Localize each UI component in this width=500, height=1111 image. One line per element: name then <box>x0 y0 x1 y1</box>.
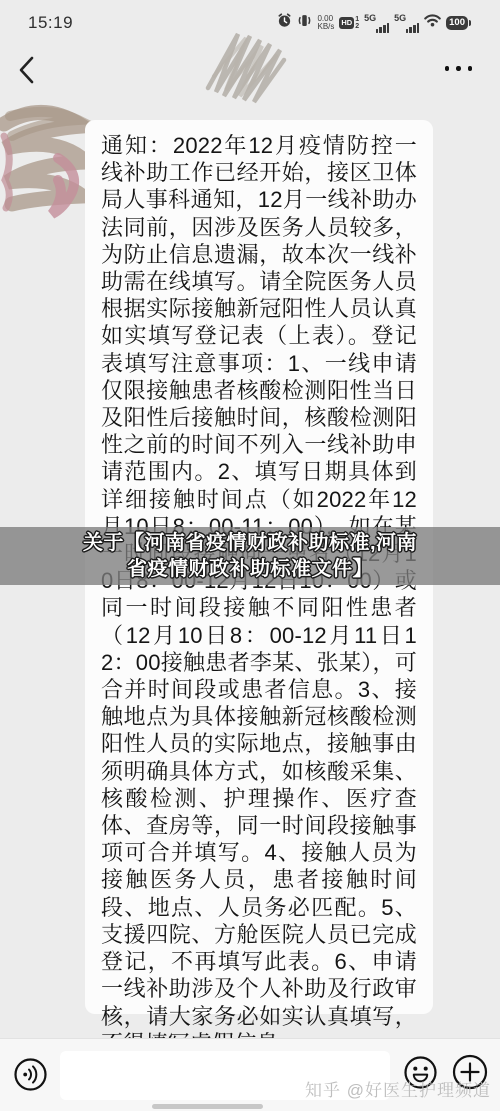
redaction-scribble-avatar <box>0 92 94 222</box>
battery-level: 100 <box>446 16 468 30</box>
seo-watermark-line1: 关于【河南省疫情财政补助标准,河南 <box>83 530 417 556</box>
signal-bars-icon <box>376 23 389 33</box>
seo-watermark-band: 关于【河南省疫情财政补助标准,河南 省疫情财政补助标准文件】 <box>0 527 500 585</box>
more-icon <box>468 66 473 71</box>
network-speed: 0.00 KB/s <box>317 15 334 31</box>
battery-icon: 100 <box>446 16 471 30</box>
network-speed-unit: KB/s <box>317 23 334 31</box>
hd-icon: HD <box>339 17 354 29</box>
alarm-icon <box>277 13 292 33</box>
voice-input-button[interactable] <box>13 1057 48 1092</box>
redaction-scribble-title <box>196 26 292 106</box>
seo-watermark-line2: 省疫情财政补助标准文件】 <box>127 556 373 582</box>
signal-sim1: 5G <box>364 13 389 34</box>
more-icon <box>445 66 450 71</box>
hd-volte-badge: HD 1 2 <box>339 16 359 30</box>
more-menu-button[interactable] <box>441 62 477 75</box>
signal2-type: 5G <box>394 13 406 23</box>
signal1-type: 5G <box>364 13 376 23</box>
status-time: 15:19 <box>28 13 73 33</box>
source-watermark: 知乎 @好医生护理频道 <box>305 1076 491 1101</box>
chat-screen: 15:19 0.00 KB/s HD 1 2 5G <box>0 0 500 1111</box>
message-text: 通知：2022年12月疫情防控一线补助工作已经开始，接区卫体局人事科通知，12月… <box>101 132 417 1057</box>
vibrate-icon <box>297 13 312 33</box>
more-icon <box>456 66 461 71</box>
home-indicator <box>152 1104 263 1109</box>
status-icons: 0.00 KB/s HD 1 2 5G 5G 100 <box>277 11 471 35</box>
sim1-label: 1 <box>355 16 359 23</box>
back-button[interactable] <box>14 54 40 86</box>
signal-sim2: 5G <box>394 13 419 34</box>
wifi-icon <box>424 14 441 32</box>
signal-bars-icon <box>406 23 419 33</box>
sim2-label: 2 <box>355 23 359 30</box>
